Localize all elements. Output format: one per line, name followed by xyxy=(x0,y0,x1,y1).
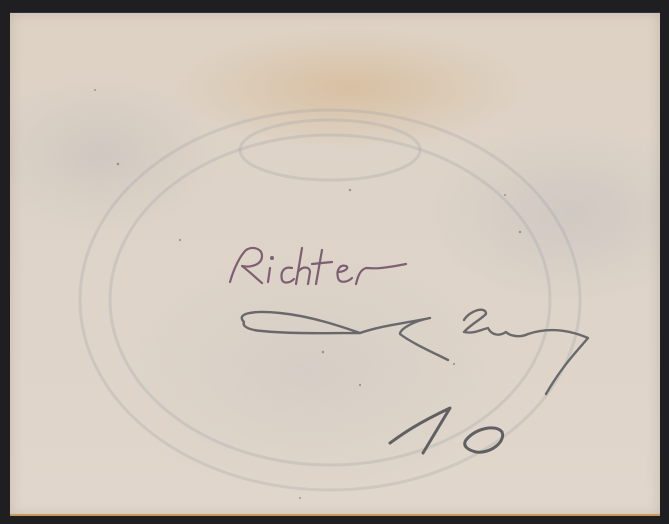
pencil-number xyxy=(0,0,669,524)
